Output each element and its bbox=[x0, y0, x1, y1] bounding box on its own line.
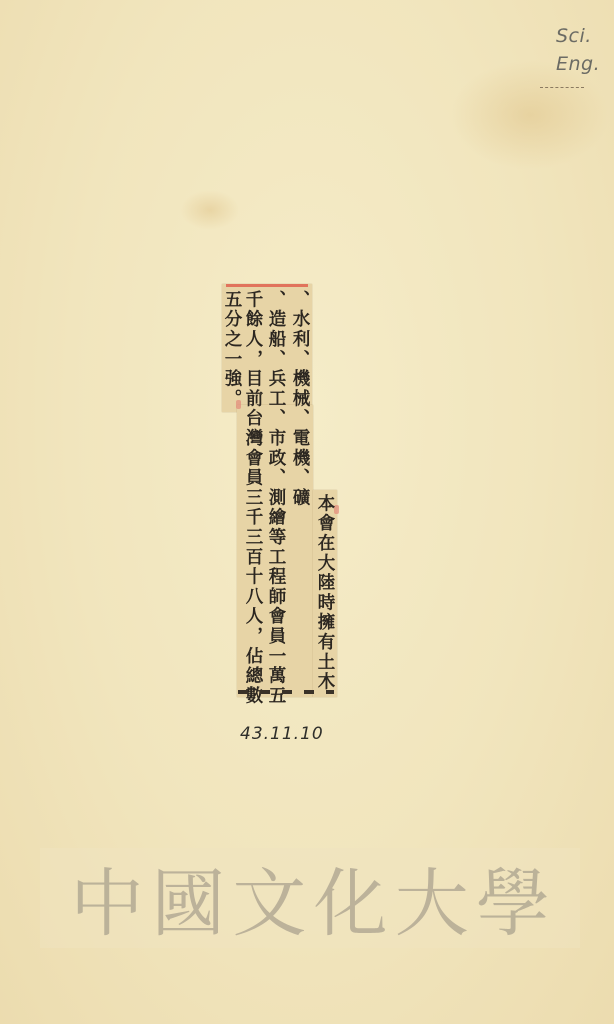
pencil-scratch-mark bbox=[540, 87, 584, 88]
clipping-column-5: 本會在大陸時擁有土木 bbox=[313, 494, 336, 692]
handwritten-note-eng: Eng. bbox=[556, 52, 600, 76]
document-page: Sci. Eng. 、水利、機械、電機、礦 、造船、兵工、市政、測繪等工程師會員… bbox=[0, 0, 614, 1024]
clipping-bottom-rule bbox=[238, 690, 334, 694]
clipping-column-2: 、造船、兵工、市政、測繪等工程師會員一萬五 bbox=[264, 290, 287, 706]
watermark-char: 大 bbox=[395, 845, 469, 951]
watermark-char: 學 bbox=[476, 845, 550, 951]
handwritten-note-sci: Sci. bbox=[556, 24, 592, 48]
university-watermark: 中 國 文 化 大 學 bbox=[40, 848, 580, 948]
handwritten-date: 43.11.10 bbox=[240, 724, 324, 744]
clipping-column-4: 五分之一強。 bbox=[220, 290, 243, 409]
paper-stain bbox=[180, 190, 240, 230]
watermark-char: 文 bbox=[232, 845, 306, 951]
watermark-char: 化 bbox=[314, 845, 388, 951]
watermark-char: 國 bbox=[151, 845, 225, 951]
red-edge-mark bbox=[226, 284, 308, 287]
paper-stain bbox=[450, 60, 610, 170]
clipping-column-1: 、水利、機械、電機、礦 bbox=[288, 290, 311, 508]
watermark-char: 中 bbox=[70, 845, 144, 951]
clipping-column-3: 千餘人，目前台灣會員三千三百十八人，佔總數 bbox=[241, 290, 264, 706]
